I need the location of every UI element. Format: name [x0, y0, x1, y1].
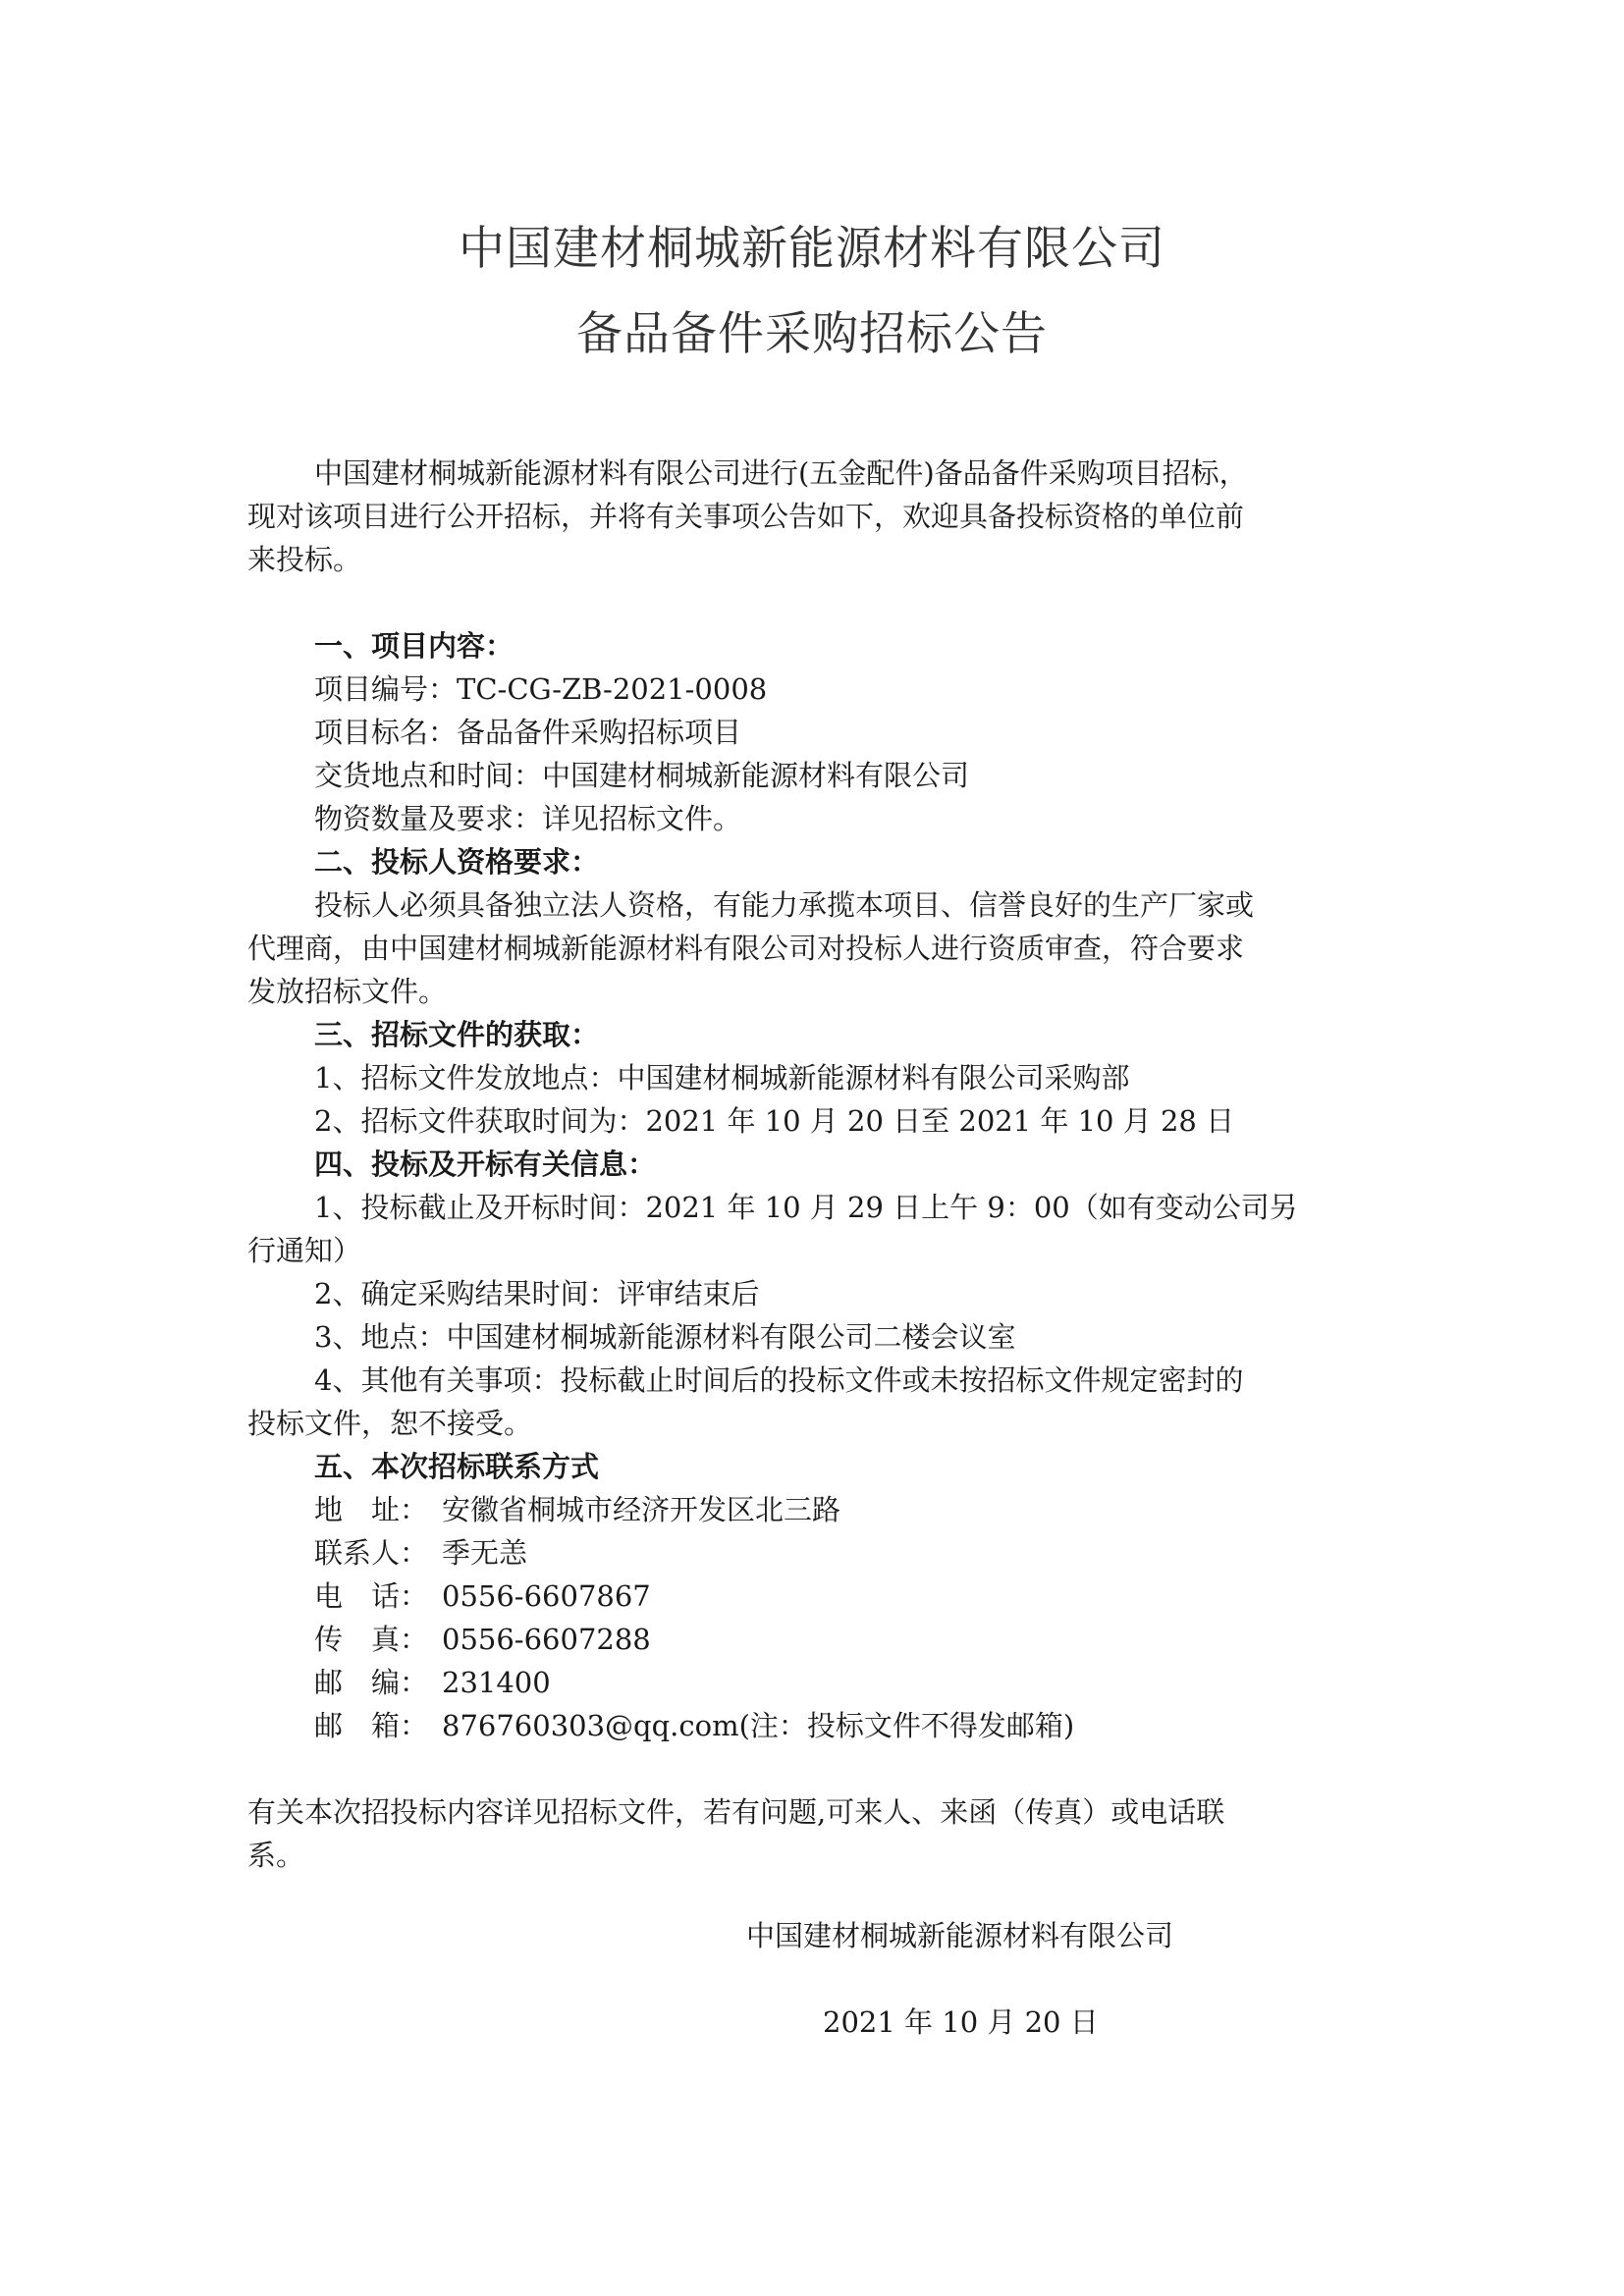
contact-label: 电 话： [314, 1575, 442, 1618]
contact-value: 0556-6607288 [442, 1623, 651, 1656]
section-heading-contact: 五、本次招标联系方式 [247, 1445, 1386, 1488]
document-title-notice: 备品备件采购招标公告 [0, 297, 1624, 363]
contact-value: 876760303@qq.com(注：投标文件不得发邮箱) [442, 1709, 1074, 1742]
documents-time: 2、招标文件获取时间为：2021 年 10 月 20 日至 2021 年 10 … [247, 1099, 1386, 1143]
contact-person: 联系人：季无恙 [247, 1531, 1386, 1575]
signature-company: 中国建材桐城新能源材料有限公司 [746, 1914, 1173, 1954]
delivery-location: 交货地点和时间：中国建材桐城新能源材料有限公司 [247, 754, 1386, 797]
contact-value: 231400 [442, 1666, 551, 1699]
document-page: 中国建材桐城新能源材料有限公司 备品备件采购招标公告 中国建材桐城新能源材料有限… [0, 0, 1624, 2296]
intro-line: 来投标。 [247, 538, 1386, 581]
qualification-line: 投标人必须具备独立法人资格，有能力承揽本项目、信誉良好的生产厂家或 [247, 883, 1386, 927]
contact-address: 地 址：安徽省桐城市经济开发区北三路 [247, 1488, 1386, 1531]
project-number: 项目编号：TC-CG-ZB-2021-0008 [247, 667, 1386, 711]
section-heading-qualification: 二、投标人资格要求： [247, 840, 1386, 883]
qualification-line: 代理商，由中国建材桐城新能源材料有限公司对投标人进行资质审查，符合要求 [247, 927, 1386, 970]
contact-label: 联系人： [314, 1531, 442, 1575]
document-body: 中国建材桐城新能源材料有限公司进行(五金配件)备品备件采购项目招标， 现对该项目… [247, 452, 1386, 1877]
contact-fax: 传 真：0556-6607288 [247, 1618, 1386, 1661]
contact-phone: 电 话：0556-6607867 [247, 1575, 1386, 1618]
contact-email: 邮 箱：876760303@qq.com(注：投标文件不得发邮箱) [247, 1704, 1386, 1747]
closing-line: 系。 [247, 1834, 1386, 1877]
section-heading-bidding: 四、投标及开标有关信息： [247, 1143, 1386, 1186]
contact-postcode: 邮 编：231400 [247, 1661, 1386, 1704]
contact-value: 安徽省桐城市经济开发区北三路 [442, 1493, 840, 1526]
qualification-line: 发放招标文件。 [247, 970, 1386, 1013]
document-title-company: 中国建材桐城新能源材料有限公司 [0, 212, 1624, 278]
bidding-line: 投标文件，恕不接受。 [247, 1402, 1386, 1445]
material-requirements: 物资数量及要求：详见招标文件。 [247, 797, 1386, 840]
project-name: 项目标名：备品备件采购招标项目 [247, 711, 1386, 754]
bidding-line: 4、其他有关事项：投标截止时间后的投标文件或未按招标文件规定密封的 [247, 1359, 1386, 1402]
section-heading-project: 一、项目内容： [247, 624, 1386, 667]
contact-label: 传 真： [314, 1618, 442, 1661]
bidding-line: 3、地点：中国建材桐城新能源材料有限公司二楼会议室 [247, 1315, 1386, 1359]
contact-label: 邮 箱： [314, 1704, 442, 1747]
signature-date: 2021 年 10 月 20 日 [823, 2001, 1099, 2041]
contact-label: 地 址： [314, 1488, 442, 1531]
bidding-line: 1、投标截止及开标时间：2021 年 10 月 29 日上午 9：00（如有变动… [247, 1186, 1386, 1229]
intro-line: 中国建材桐城新能源材料有限公司进行(五金配件)备品备件采购项目招标， [247, 452, 1386, 495]
section-heading-documents: 三、招标文件的获取： [247, 1013, 1386, 1056]
contact-value: 季无恙 [442, 1536, 527, 1570]
bidding-line: 行通知） [247, 1229, 1386, 1272]
closing-line: 有关本次招投标内容详见招标文件，若有问题,可来人、来函（传真）或电话联 [247, 1790, 1386, 1834]
contact-label: 邮 编： [314, 1661, 442, 1704]
intro-line: 现对该项目进行公开招标，并将有关事项公告如下，欢迎具备投标资格的单位前 [247, 495, 1386, 538]
bidding-line: 2、确定采购结果时间：评审结束后 [247, 1272, 1386, 1315]
contact-value: 0556-6607867 [442, 1579, 651, 1613]
documents-location: 1、招标文件发放地点：中国建材桐城新能源材料有限公司采购部 [247, 1056, 1386, 1099]
